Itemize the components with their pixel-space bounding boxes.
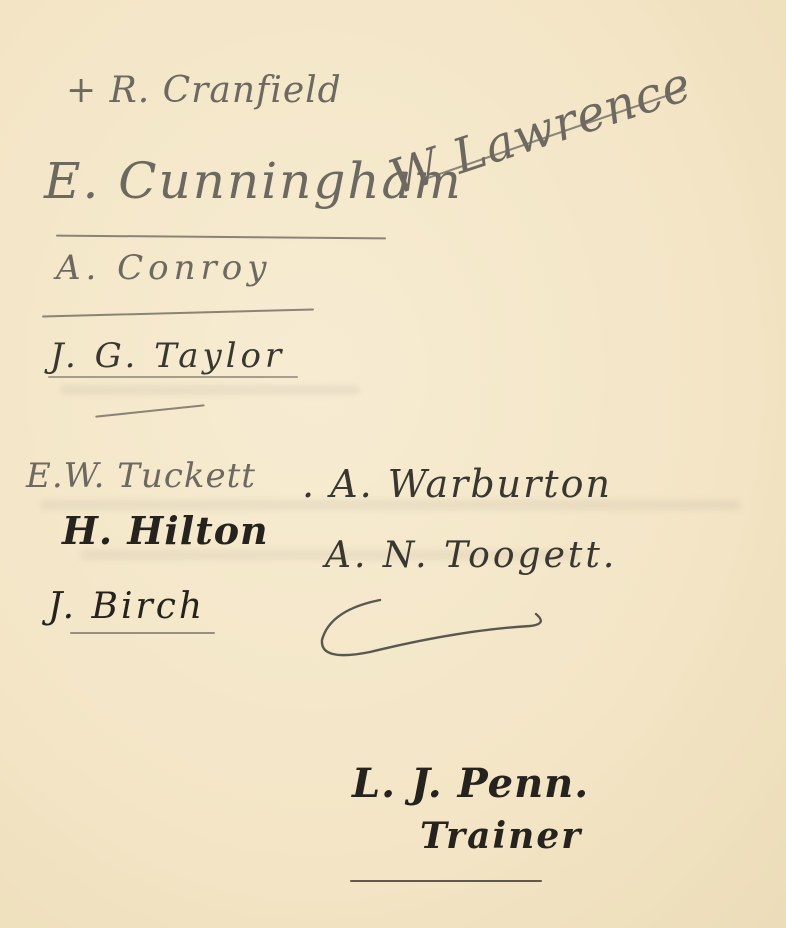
signature-warburton: . A. Warburton: [302, 462, 612, 506]
signature-conroy: A. Conroy: [56, 248, 271, 288]
underline: [48, 376, 298, 378]
autograph-page: + R. Cranfield E. Cunningham W Lawrence …: [0, 0, 786, 928]
underline: [56, 235, 386, 240]
underline: [350, 880, 542, 882]
flourish-curl: [310, 590, 550, 670]
signature-cranfield: + R. Cranfield: [66, 70, 342, 111]
signature-tuckett: E.W. Tuckett: [26, 456, 256, 496]
underline: [42, 308, 314, 317]
signature-hilton: H. Hilton: [62, 508, 269, 553]
signature-birch: J. Birch: [48, 586, 205, 627]
underline: [70, 632, 215, 634]
signature-penn: L. J. Penn.: [352, 760, 589, 807]
signature-lawrence: W Lawrence: [383, 56, 699, 206]
ink-smudge: [60, 385, 360, 395]
pen-stroke: [95, 404, 205, 417]
signature-toogett: A. N. Toogett.: [325, 535, 617, 576]
signature-trainer-title: Trainer: [420, 815, 582, 857]
signature-taylor: J. G. Taylor: [50, 336, 285, 376]
